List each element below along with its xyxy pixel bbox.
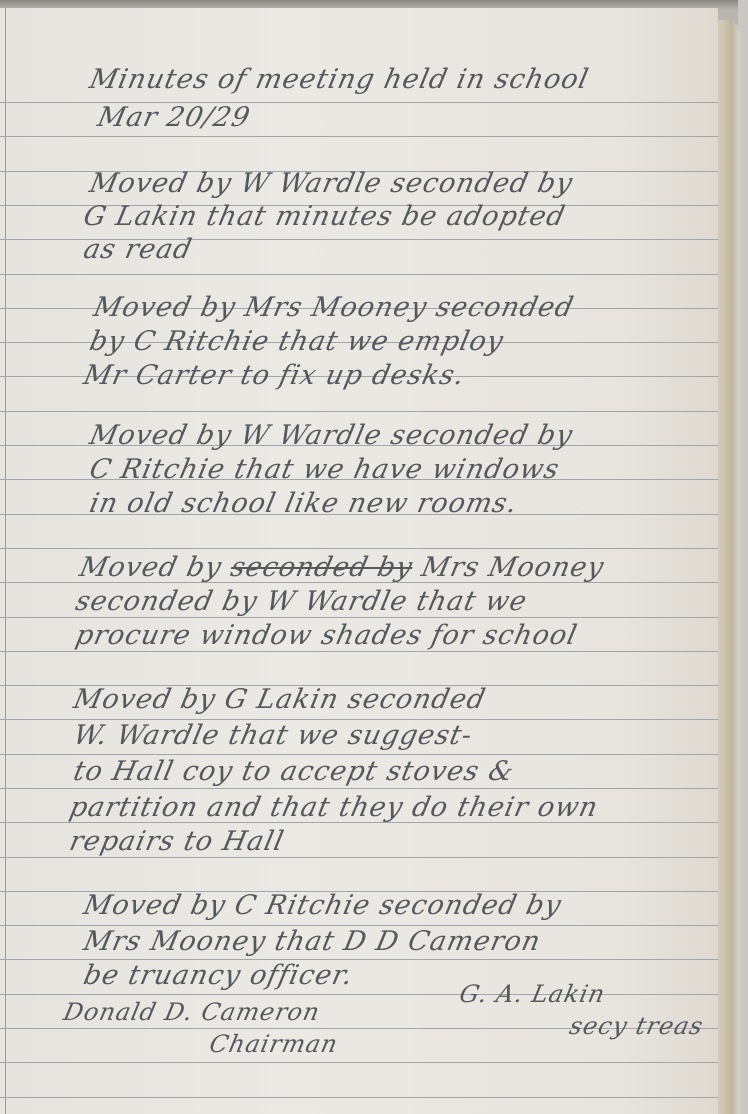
motion-5-line-1: Moved by G Lakin seconded bbox=[71, 686, 488, 713]
motion-2-line-2: by C Ritchie that we employ bbox=[87, 328, 506, 355]
motion-4-line-2: seconded by W Wardle that we bbox=[73, 588, 530, 615]
motion-5-line-3: to Hall coy to accept stoves & bbox=[71, 758, 517, 785]
rule-line bbox=[0, 136, 718, 137]
secretary-signature: G. A. Lakin bbox=[457, 982, 607, 1006]
title-line-2: Mar 20/29 bbox=[95, 104, 253, 131]
rule-line bbox=[0, 617, 718, 618]
struck-out-text: seconded by bbox=[228, 552, 416, 583]
motion-3-line-1: Moved by W Wardle seconded by bbox=[87, 422, 575, 449]
chairman-signature: Donald D. Cameron bbox=[61, 1000, 322, 1024]
rule-line bbox=[0, 1097, 718, 1098]
rule-line bbox=[0, 1062, 718, 1063]
motion-6-line-1: Moved by C Ritchie seconded by bbox=[81, 892, 564, 919]
title-line-1: Minutes of meeting held in school bbox=[87, 66, 591, 93]
motion-4-text: Mrs Mooney bbox=[409, 552, 607, 583]
motion-3-line-2: C Ritchie that we have windows bbox=[87, 456, 562, 483]
motion-2-line-1: Moved by Mrs Mooney seconded bbox=[91, 294, 576, 321]
rule-line bbox=[0, 857, 718, 858]
motion-4-line-3: procure window shades for school bbox=[73, 622, 580, 649]
motion-5-line-2: W. Wardle that we suggest- bbox=[71, 722, 475, 749]
rule-line bbox=[0, 754, 718, 755]
motion-4-text: Moved by bbox=[77, 552, 235, 583]
motion-1-line-2: G Lakin that minutes be adopted bbox=[81, 203, 568, 230]
rule-line bbox=[0, 548, 718, 549]
motion-5-line-5: repairs to Hall bbox=[67, 828, 287, 855]
motion-6-line-3: be truancy officer. bbox=[81, 962, 356, 989]
notebook-page: Minutes of meeting held in school Mar 20… bbox=[0, 8, 718, 1114]
motion-3-line-3: in old school like new rooms. bbox=[87, 490, 520, 517]
motion-1-line-3: as read bbox=[81, 236, 195, 263]
rule-line bbox=[0, 411, 718, 412]
motion-4-line-1: Moved by seconded by Mrs Mooney bbox=[77, 554, 607, 581]
secretary-title: secy treas bbox=[567, 1014, 705, 1038]
rule-line bbox=[0, 994, 718, 995]
chairman-title: Chairman bbox=[207, 1032, 340, 1056]
motion-1-line-1: Moved by W Wardle seconded by bbox=[87, 170, 575, 197]
rule-line bbox=[0, 274, 718, 275]
rule-line bbox=[0, 788, 718, 789]
rule-line bbox=[0, 651, 718, 652]
motion-5-line-4: partition and that they do their own bbox=[67, 794, 601, 821]
motion-2-line-3: Mr Carter to fix up desks. bbox=[81, 362, 467, 389]
motion-6-line-2: Mrs Mooney that D D Cameron bbox=[81, 928, 543, 955]
